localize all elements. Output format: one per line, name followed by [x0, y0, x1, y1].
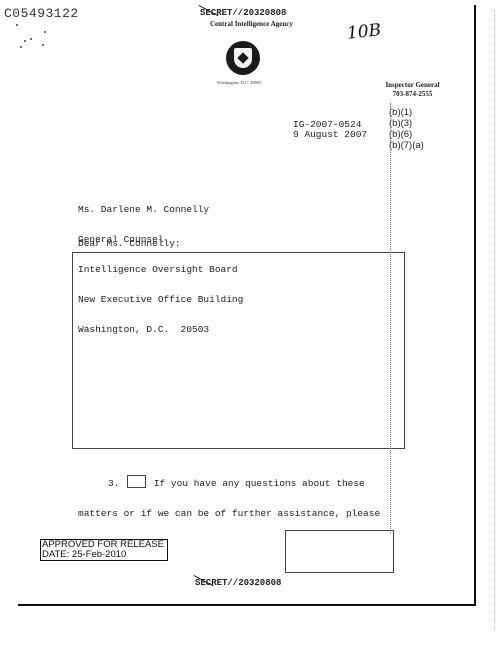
seal-shield-icon — [234, 48, 252, 68]
exemption-b3: (b)(3) — [389, 118, 424, 129]
foia-exemptions: (b)(1) (b)(3) (b)(6) (b)(7)(a) — [389, 107, 424, 151]
reference-block: IG-2007-0524 9 August 2007 — [293, 120, 367, 140]
paragraph-line-2: matters or if we can be of further assis… — [78, 509, 380, 519]
paragraph-line-1: If you have any questions about these — [154, 478, 365, 489]
scan-speck — [20, 46, 22, 48]
struck-text: SEC — [195, 578, 211, 588]
struck-text: SEC — [200, 8, 216, 18]
office-phone: 703-874-2555 — [385, 90, 440, 99]
recipient-line: Ms. Darlene M. Connelly — [78, 205, 243, 215]
handwritten-note: 10B — [346, 20, 382, 43]
paragraph-number: 3. — [108, 478, 119, 489]
scan-speck — [24, 40, 26, 42]
reference-date: 9 August 2007 — [293, 130, 367, 140]
classification-marking-bottom: SECRET//20320808 — [195, 578, 281, 588]
scan-speck — [30, 38, 32, 40]
scan-speck — [42, 44, 44, 46]
cia-seal-icon — [226, 41, 260, 75]
scan-speck — [16, 24, 18, 26]
office-name: Inspector General — [385, 81, 440, 90]
release-stamp: APPROVED FOR RELEASE DATE: 25-Feb-2010 — [40, 539, 168, 561]
exemption-b6: (b)(6) — [389, 129, 424, 140]
redaction-box-body — [72, 252, 405, 449]
agency-name: Central Intelligence Agency — [210, 20, 293, 28]
classification-marking-top: SECRET//20320808 — [200, 8, 286, 18]
classification-text: RET//20320808 — [216, 8, 286, 18]
redaction-box-inline — [127, 475, 146, 488]
redaction-guide-line — [390, 103, 391, 533]
seal-star-icon — [237, 52, 248, 63]
page-bottom-border — [18, 604, 476, 606]
classification-text: RET//20320808 — [211, 578, 281, 588]
release-stamp-line-2: DATE: 25-Feb-2010 — [42, 550, 166, 560]
page-right-border — [474, 5, 476, 606]
salutation: Dear Ms. Connelly: — [78, 238, 181, 249]
document-id: C05493122 — [4, 6, 79, 21]
exemption-b1: (b)(1) — [389, 107, 424, 118]
scan-speck — [44, 31, 46, 33]
exemption-b7a: (b)(7)(a) — [389, 140, 424, 151]
redaction-box-signature — [285, 530, 394, 573]
seal-caption: Washington, D.C. 20505 — [217, 80, 262, 85]
scan-edge-dots — [494, 10, 495, 630]
office-block: Inspector General 703-874-2555 — [385, 81, 440, 99]
paragraph-3: 3. If you have any questions about these… — [78, 455, 380, 529]
